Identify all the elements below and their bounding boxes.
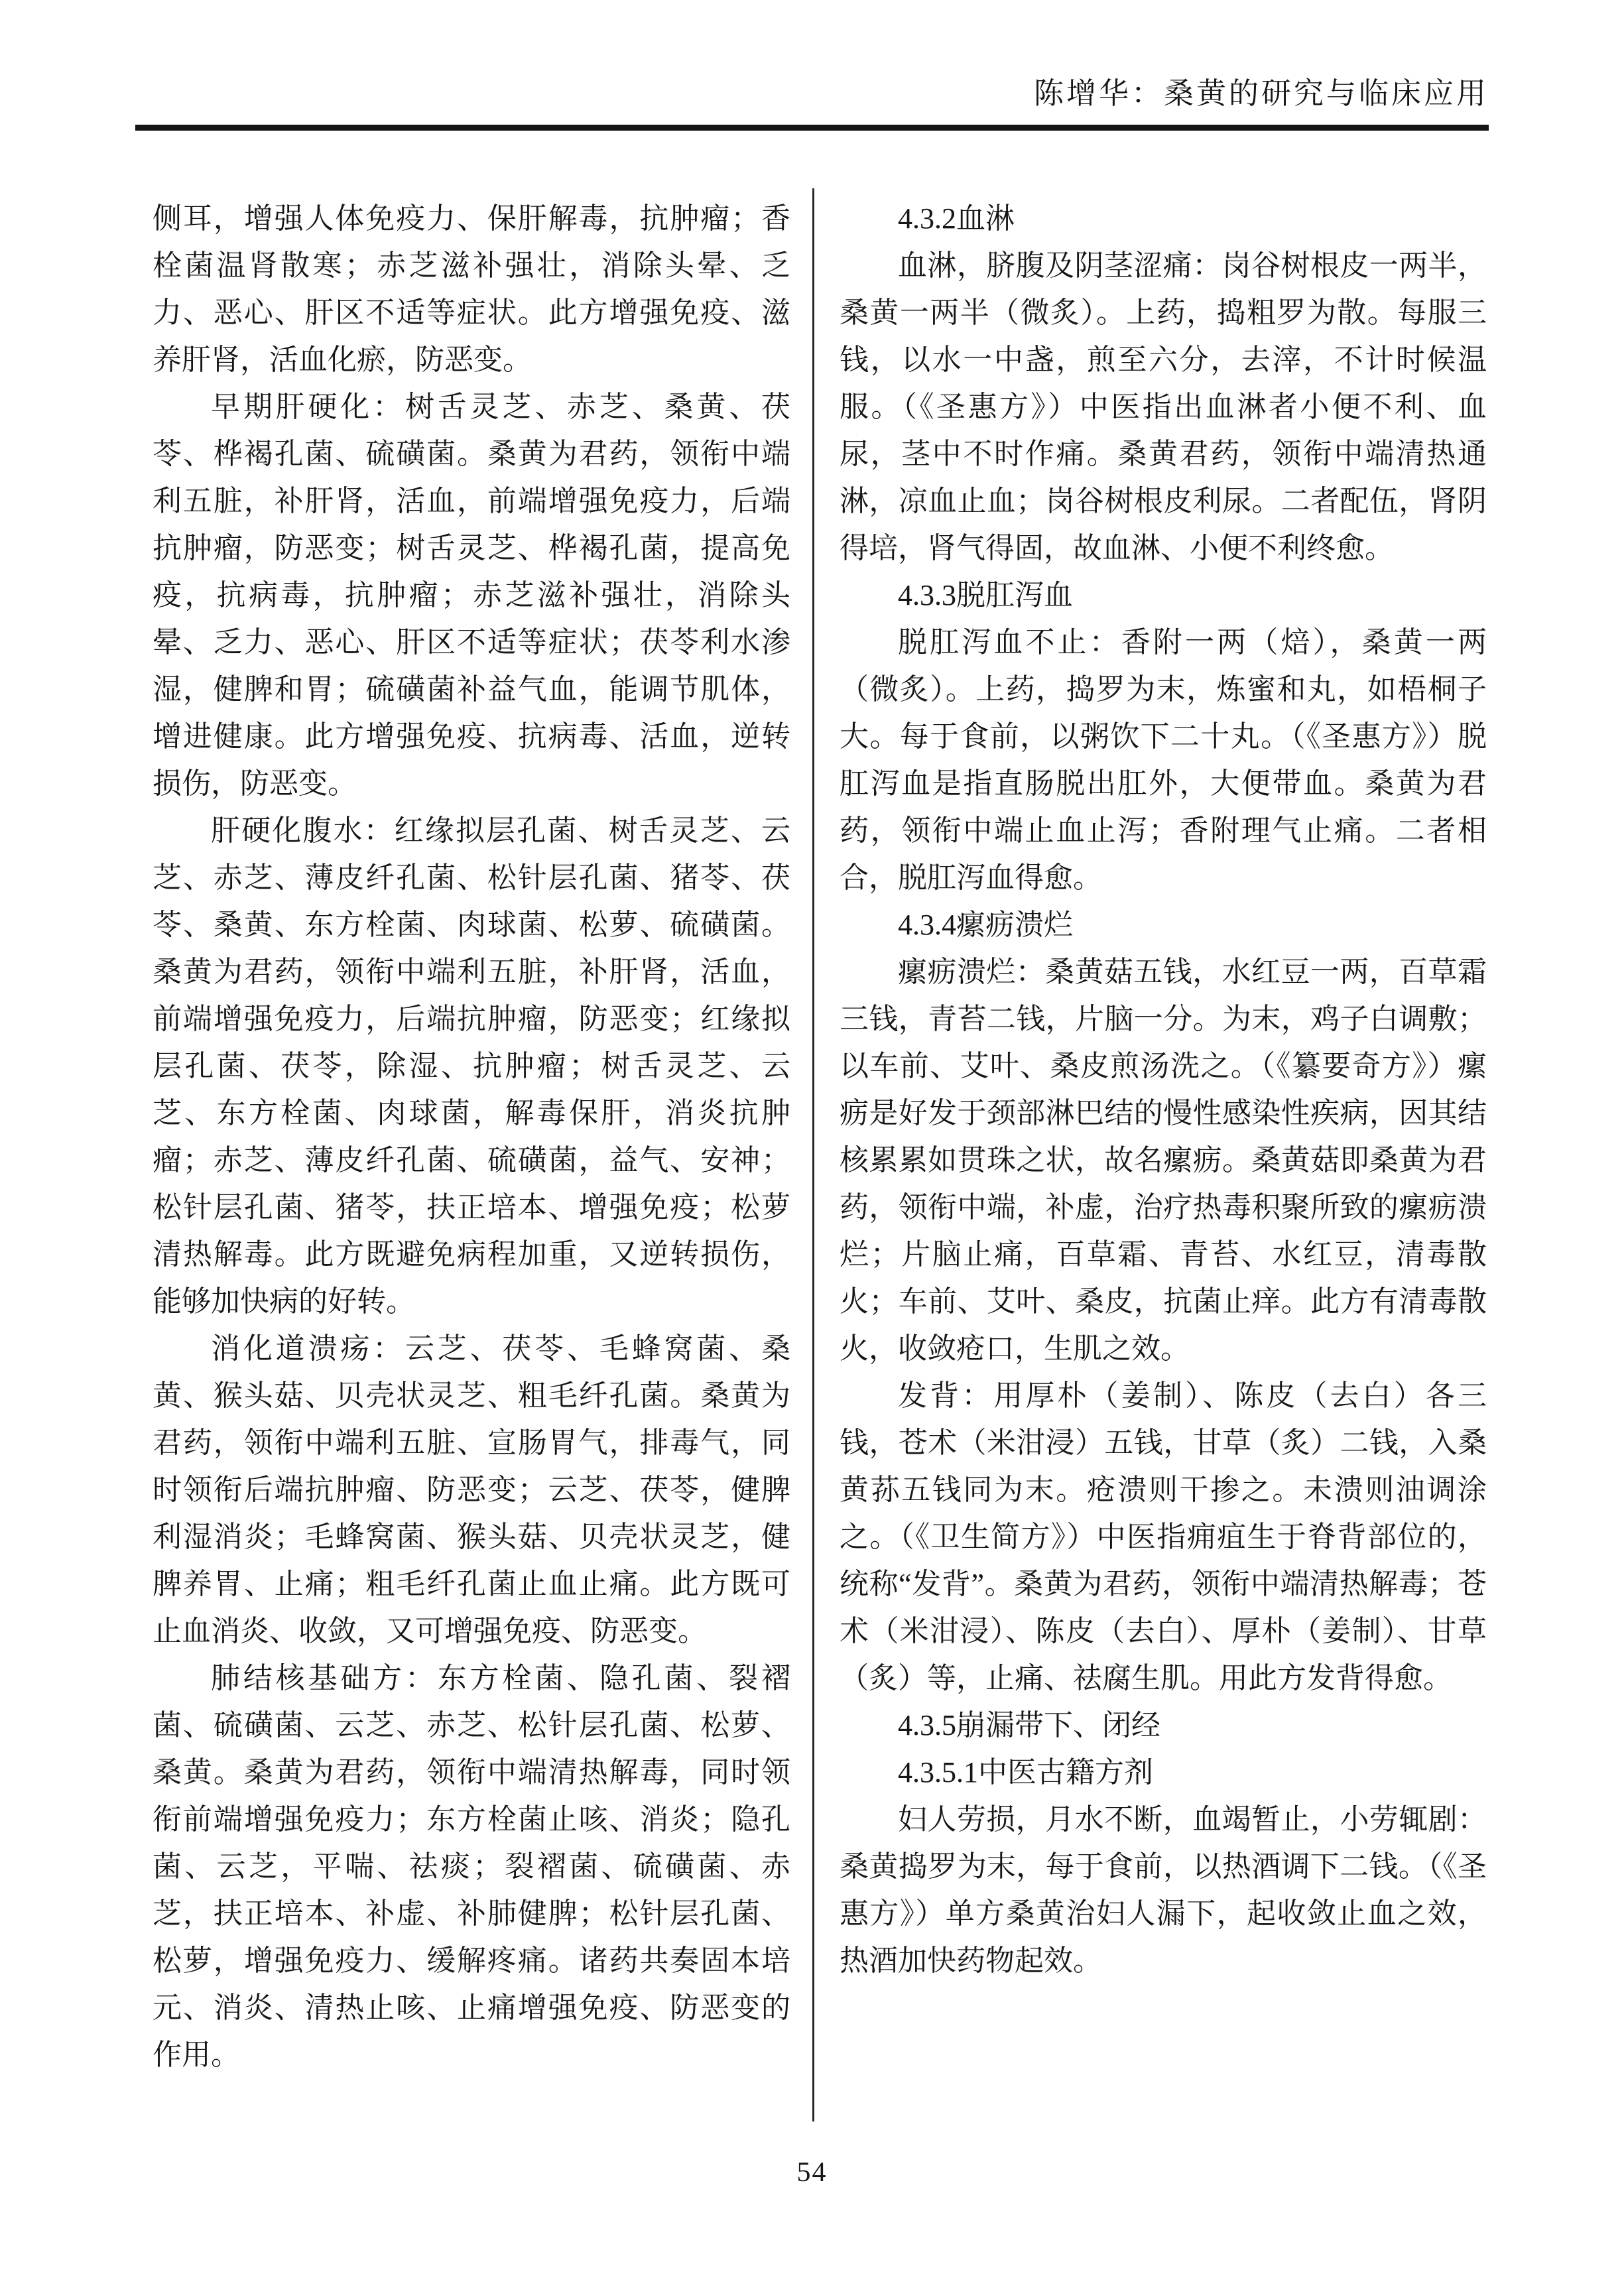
paragraph: 血淋，脐腹及阴茎涩痛：岗谷树根皮一两半，桑黄一两半（微炙）。上药，捣粗罗为散。每…: [840, 242, 1487, 572]
paragraph: 侧耳，增强人体免疫力、保肝解毒，抗肿瘤；香栓菌温肾散寒；赤芝滋补强壮，消除头晕、…: [153, 195, 790, 383]
paragraph: 肺结核基础方：东方栓菌、隐孔菌、裂褶菌、硫磺菌、云芝、赤芝、松针层孔菌、松萝、桑…: [153, 1655, 790, 2078]
paragraph: 早期肝硬化：树舌灵芝、赤芝、桑黄、茯苓、桦褐孔菌、硫磺菌。桑黄为君药，领衔中端利…: [153, 383, 790, 807]
paragraph: 肝硬化腹水：红缘拟层孔菌、树舌灵芝、云芝、赤芝、薄皮纤孔菌、松针层孔菌、猪苓、茯…: [153, 807, 790, 1325]
paragraph: 妇人劳损，月水不断，血竭暂止，小劳辄剧：桑黄捣罗为末，每于食前，以热酒调下二钱。…: [840, 1796, 1487, 1984]
column-divider: [812, 188, 814, 2121]
section-heading-4-3-3: 4.3.3脱肛泻血: [840, 572, 1487, 619]
paragraph: 瘰疬溃烂：桑黄菇五钱，水红豆一两，百草霜三钱，青苔二钱，片脑一分。为末，鸡子白调…: [840, 948, 1487, 1372]
section-heading-4-3-5-1: 4.3.5.1中医古籍方剂: [840, 1749, 1487, 1796]
paragraph: 脱肛泻血不止：香附一两（焙），桑黄一两（微炙）。上药，捣罗为末，炼蜜和丸，如梧桐…: [840, 619, 1487, 901]
header-rule: [135, 125, 1489, 131]
page-number: 54: [0, 2157, 1624, 2188]
section-heading-4-3-4: 4.3.4瘰疬溃烂: [840, 901, 1487, 948]
paragraph: 消化道溃疡：云芝、茯苓、毛蜂窝菌、桑黄、猴头菇、贝壳状灵芝、粗毛纤孔菌。桑黄为君…: [153, 1325, 790, 1655]
right-text-column: 4.3.2血淋 血淋，脐腹及阴茎涩痛：岗谷树根皮一两半，桑黄一两半（微炙）。上药…: [840, 195, 1487, 2135]
left-text-column: 侧耳，增强人体免疫力、保肝解毒，抗肿瘤；香栓菌温肾散寒；赤芝滋补强壮，消除头晕、…: [153, 195, 790, 2135]
section-heading-4-3-2: 4.3.2血淋: [840, 195, 1487, 242]
section-heading-4-3-5: 4.3.5崩漏带下、闭经: [840, 1702, 1487, 1749]
running-header-title: 陈增华：桑黄的研究与临床应用: [1034, 69, 1489, 112]
document-page: 陈增华：桑黄的研究与临床应用 侧耳，增强人体免疫力、保肝解毒，抗肿瘤；香栓菌温肾…: [0, 0, 1624, 2278]
paragraph: 发背：用厚朴（姜制）、陈皮（去白）各三钱，苍术（米泔浸）五钱，甘草（炙）二钱，入…: [840, 1372, 1487, 1702]
